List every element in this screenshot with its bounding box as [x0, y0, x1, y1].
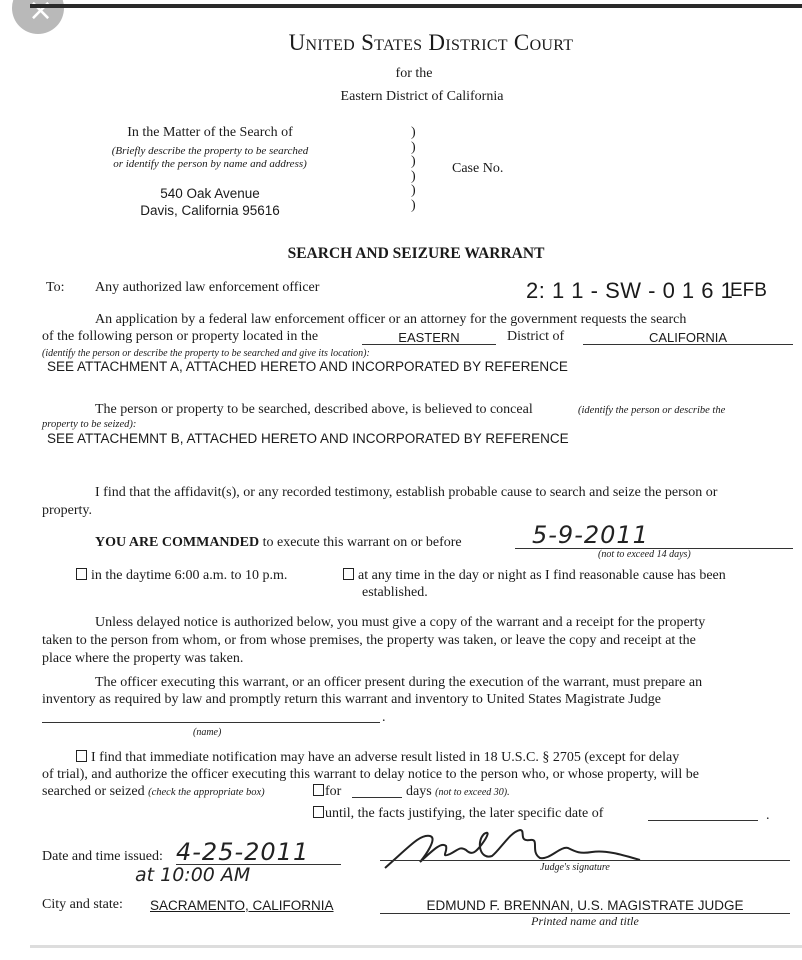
command-bold: YOU ARE COMMANDED [95, 535, 259, 550]
matter-instruction-2: or identify the person by name and addre… [90, 158, 330, 170]
option-anytime-line-2: established. [362, 585, 428, 601]
caption-parens: ) ) ) ) ) ) [411, 126, 416, 213]
delay-until-date-field[interactable] [648, 820, 758, 821]
district-value: EASTERN [362, 330, 496, 345]
date-issued-value: 4-25-2011 [176, 838, 309, 866]
execute-by-note: (not to exceed 14 days) [598, 549, 691, 560]
delay-for-option: for [313, 784, 341, 800]
page-bottom-edge [30, 945, 802, 948]
city-state-value: SACRAMENTO, CALIFORNIA [150, 898, 334, 913]
state-value: CALIFORNIA [583, 330, 793, 345]
document-title: SEARCH AND SEIZURE WARRANT [0, 245, 802, 263]
application-line-2-prefix: of the following person or property loca… [42, 329, 318, 345]
date-issued-label: Date and time issued: [42, 849, 163, 865]
address-line-2: Davis, California 95616 [90, 203, 330, 218]
delay-line-2: of trial), and authorize the officer exe… [42, 767, 699, 783]
conceal-line-1: The person or property to be searched, d… [95, 402, 533, 418]
to-label: To: [46, 280, 64, 296]
case-no-label: Case No. [452, 161, 503, 177]
district-name: Eastern District of California [0, 89, 802, 105]
court-title: United States District Court [0, 30, 802, 56]
notice-line-1: Unless delayed notice is authorized belo… [95, 615, 705, 631]
probable-cause-line-1: I find that the affidavit(s), or any rec… [95, 485, 717, 501]
option-anytime: at any time in the day or night as I fin… [343, 568, 726, 584]
delay-days-field[interactable] [352, 797, 402, 798]
application-instruction: (identify the person or describe the pro… [42, 348, 370, 359]
address-line-1: 540 Oak Avenue [90, 186, 330, 201]
delay-until-option: until, the facts justifying, the later s… [313, 806, 603, 822]
anytime-checkbox[interactable] [343, 568, 354, 580]
command-body: to execute this warrant on or before [263, 535, 462, 550]
option-daytime: in the daytime 6:00 a.m. to 10 p.m. [76, 568, 287, 584]
matter-instruction-1: (Briefly describe the property to be sea… [90, 145, 330, 157]
attachment-b: SEE ATTACHEMNT B, ATTACHED HERETO AND IN… [47, 431, 569, 446]
application-line-1: An application by a federal law enforcem… [95, 312, 686, 328]
delay-days: days (not to exceed 30). [406, 784, 510, 800]
daytime-checkbox[interactable] [76, 568, 87, 580]
matter-label: In the Matter of the Search of [90, 125, 330, 141]
top-rule [30, 4, 802, 8]
delay-checkbox[interactable] [76, 750, 87, 762]
delay-line-1: I find that immediate notification may h… [76, 750, 679, 766]
command-text: YOU ARE COMMANDED to execute this warran… [95, 535, 462, 551]
probable-cause-line-2: property. [42, 503, 92, 519]
inventory-line-2: inventory as required by law and promptl… [42, 692, 661, 708]
conceal-instruction-2: property to be seized): [42, 419, 136, 430]
notice-line-3: place where the property was taken. [42, 651, 243, 667]
judge-signature-label: Judge's signature [540, 862, 610, 873]
to-recipient: Any authorized law enforcement officer [95, 280, 319, 296]
case-number: 2: 1 1 - SW - 0 1 6 1 [526, 278, 733, 304]
time-issued-value: at 10:00 AM [135, 864, 250, 886]
attachment-a: SEE ATTACHMENT A, ATTACHED HERETO AND IN… [47, 359, 568, 374]
judge-printed-name: EDMUND F. BRENNAN, U.S. MAGISTRATE JUDGE [380, 898, 790, 913]
judge-printed-name-label: Printed name and title [380, 914, 790, 929]
magistrate-name-line[interactable] [42, 722, 380, 723]
name-label: (name) [193, 727, 221, 738]
city-state-label: City and state: [42, 897, 123, 913]
judge-signature [380, 826, 680, 876]
execute-by-date: 5-9-2011 [532, 521, 649, 549]
district-of-label: District of [507, 329, 564, 345]
for-the: for the [0, 66, 802, 82]
notice-line-2: taken to the person from whom, or from w… [42, 633, 696, 649]
delay-until-checkbox[interactable] [313, 806, 324, 818]
delay-for-checkbox[interactable] [313, 784, 324, 796]
case-suffix: EFB [730, 280, 767, 302]
inventory-line-1: The officer executing this warrant, or a… [95, 675, 702, 691]
conceal-instruction-1: (identify the person or describe the [578, 405, 725, 416]
delay-line-3: searched or seized (check the appropriat… [42, 784, 265, 800]
